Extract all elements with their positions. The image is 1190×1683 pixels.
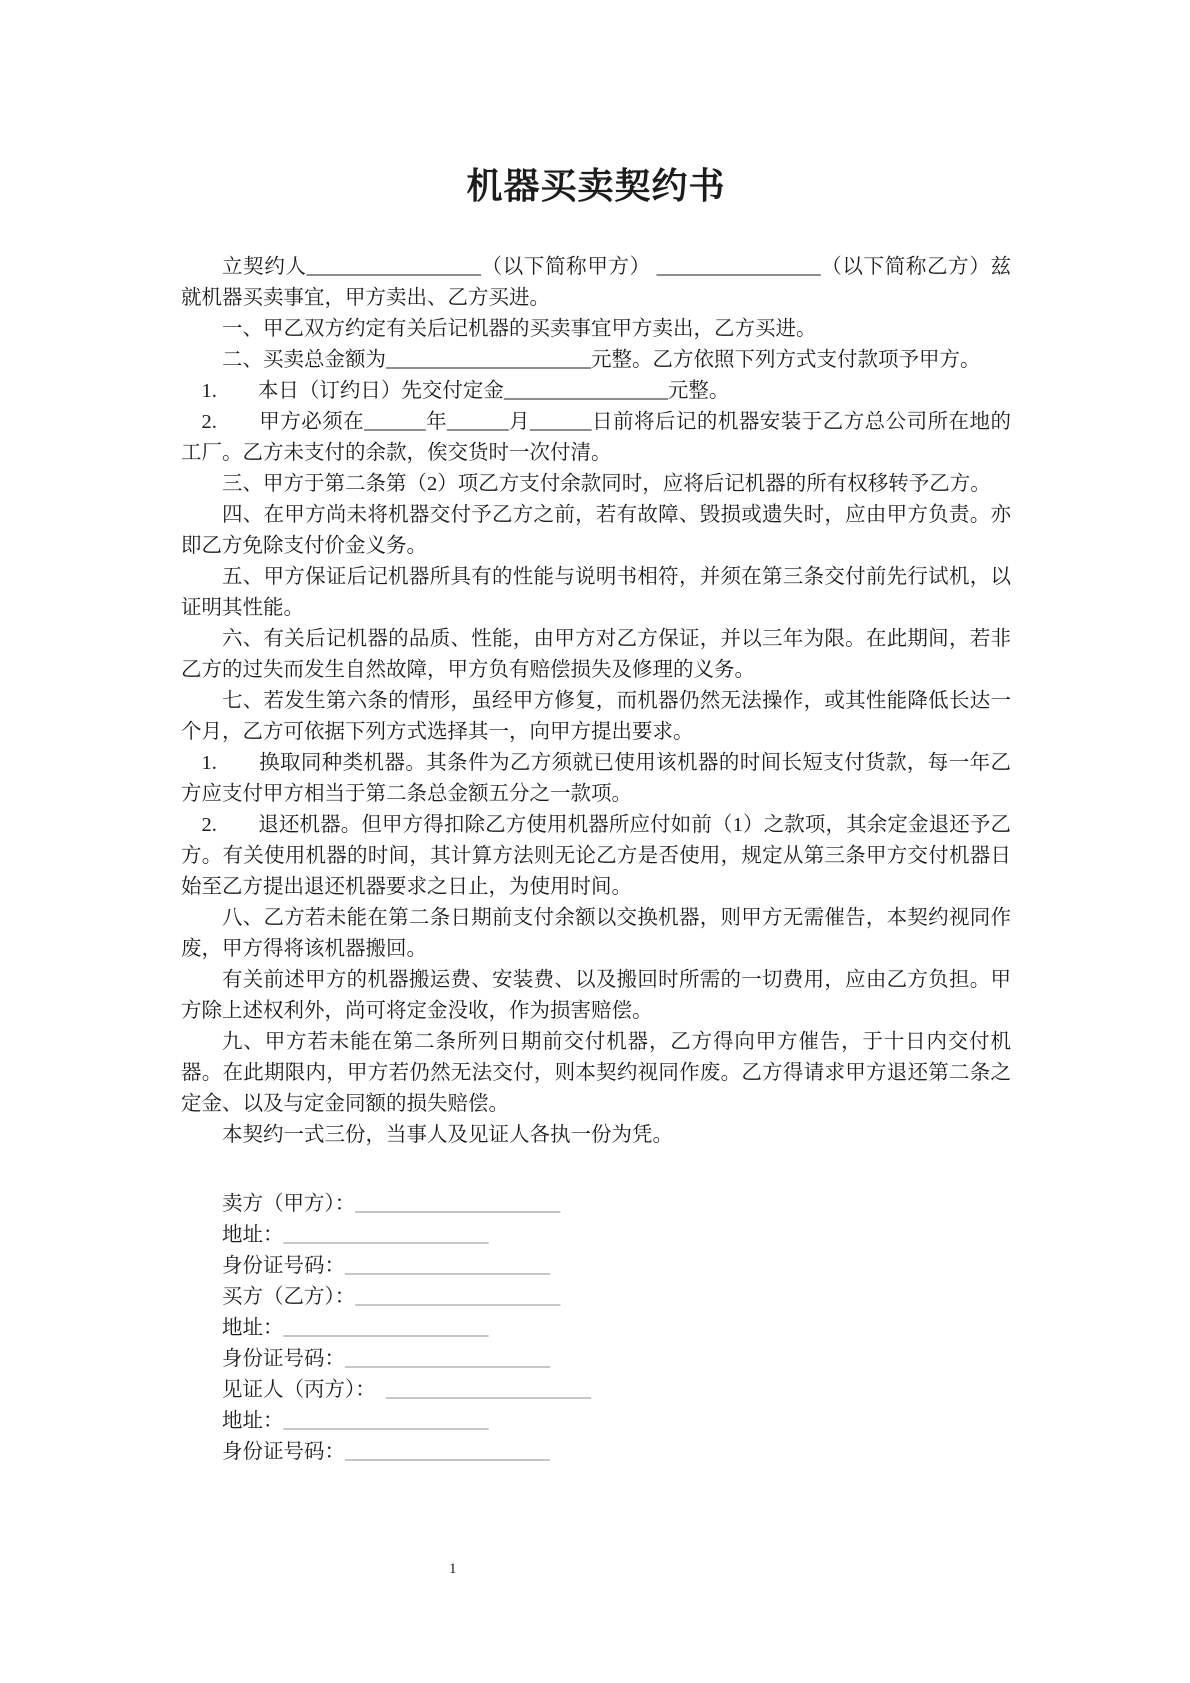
contract-paragraph: 有关前述甲方的机器搬运费、安装费、以及搬回时所需的一切费用，应由乙方负担。甲方除…	[181, 965, 1011, 1027]
contract-paragraph: 一、甲乙双方约定有关后记机器的买卖事宜甲方卖出，乙方买进。	[181, 314, 1011, 345]
signature-line: 买方（乙方）：____________________	[181, 1282, 1011, 1313]
signature-line: 地址：____________________	[181, 1313, 1011, 1344]
document-content: 机器买卖契约书 立契约人_________________（以下简称甲方） __…	[181, 0, 1011, 1468]
signature-line: 身份证号码：____________________	[181, 1251, 1011, 1282]
contract-paragraph: 八、乙方若未能在第二条日期前支付余额以交换机器，则甲方无需催告，本契约视同作废，…	[181, 903, 1011, 965]
document-title: 机器买卖契约书	[181, 164, 1011, 208]
contract-paragraph: 立契约人_________________（以下简称甲方） __________…	[181, 252, 1011, 314]
signature-line: 地址：____________________	[181, 1220, 1011, 1251]
contract-paragraph: 五、甲方保证后记机器所具有的性能与说明书相符，并须在第三条交付前先行试机，以证明…	[181, 562, 1011, 624]
contract-paragraph: 2. 退还机器。但甲方得扣除乙方使用机器所应付如前（1）之款项，其余定金退还予乙…	[181, 810, 1011, 903]
contract-paragraph: 1. 换取同种类机器。其条件为乙方须就已使用该机器的时间长短支付货款，每一年乙方…	[181, 748, 1011, 810]
signature-label: 身份证号码：	[222, 1255, 345, 1277]
signature-label: 买方（乙方）：	[222, 1286, 355, 1308]
contract-paragraph: 1. 本日（订约日）先交付定金________________元整。	[181, 376, 1011, 407]
signature-blank-line: ____________________	[345, 1255, 550, 1277]
signature-blank-line: ____________________	[355, 1193, 560, 1215]
contract-paragraph: 七、若发生第六条的情形，虽经甲方修复，而机器仍然无法操作，或其性能降低长达一个月…	[181, 686, 1011, 748]
page-number: 1	[449, 1558, 457, 1580]
signature-blank-line: ____________________	[355, 1286, 560, 1308]
signature-line: 地址：____________________	[181, 1406, 1011, 1437]
signature-line: 卖方（甲方）：____________________	[181, 1189, 1011, 1220]
signature-block: 卖方（甲方）：____________________地址：__________…	[181, 1189, 1011, 1468]
signature-blank-line: ____________________	[284, 1410, 489, 1432]
signature-label: 见证人（丙方）：	[222, 1379, 366, 1401]
signature-label: 地址：	[222, 1410, 284, 1432]
signature-line: 身份证号码：____________________	[181, 1437, 1011, 1468]
signature-blank-line: ____________________	[366, 1379, 592, 1401]
signature-label: 地址：	[222, 1317, 284, 1339]
signature-blank-line: ____________________	[345, 1441, 550, 1463]
signature-line: 身份证号码：____________________	[181, 1344, 1011, 1375]
signature-blank-line: ____________________	[284, 1224, 489, 1246]
document-page: 机器买卖契约书 立契约人_________________（以下简称甲方） __…	[0, 0, 1190, 1683]
contract-paragraph: 三、甲方于第二条第（2）项乙方支付余款同时，应将后记机器的所有权移转予乙方。	[181, 469, 1011, 500]
signature-label: 身份证号码：	[222, 1348, 345, 1370]
contract-paragraph: 六、有关后记机器的品质、性能，由甲方对乙方保证，并以三年为限。在此期间，若非乙方…	[181, 624, 1011, 686]
contract-paragraph: 四、在甲方尚未将机器交付予乙方之前，若有故障、毁损或遗失时，应由甲方负责。亦即乙…	[181, 500, 1011, 562]
signature-label: 地址：	[222, 1224, 284, 1246]
contract-body: 立契约人_________________（以下简称甲方） __________…	[181, 252, 1011, 1151]
signature-blank-line: ____________________	[284, 1317, 489, 1339]
contract-paragraph: 二、买卖总金额为____________________元整。乙方依照下列方式支…	[181, 345, 1011, 376]
signature-blank-line: ____________________	[345, 1348, 550, 1370]
signature-label: 卖方（甲方）：	[222, 1193, 355, 1215]
contract-paragraph: 本契约一式三份，当事人及见证人各执一份为凭。	[181, 1120, 1011, 1151]
signature-label: 身份证号码：	[222, 1441, 345, 1463]
contract-paragraph: 九、甲方若未能在第二条所列日期前交付机器，乙方得向甲方催告，于十日内交付机器。在…	[181, 1027, 1011, 1120]
contract-paragraph: 2. 甲方必须在______年______月______日前将后记的机器安装于乙…	[181, 407, 1011, 469]
signature-line: 见证人（丙方）： ____________________	[181, 1375, 1011, 1406]
